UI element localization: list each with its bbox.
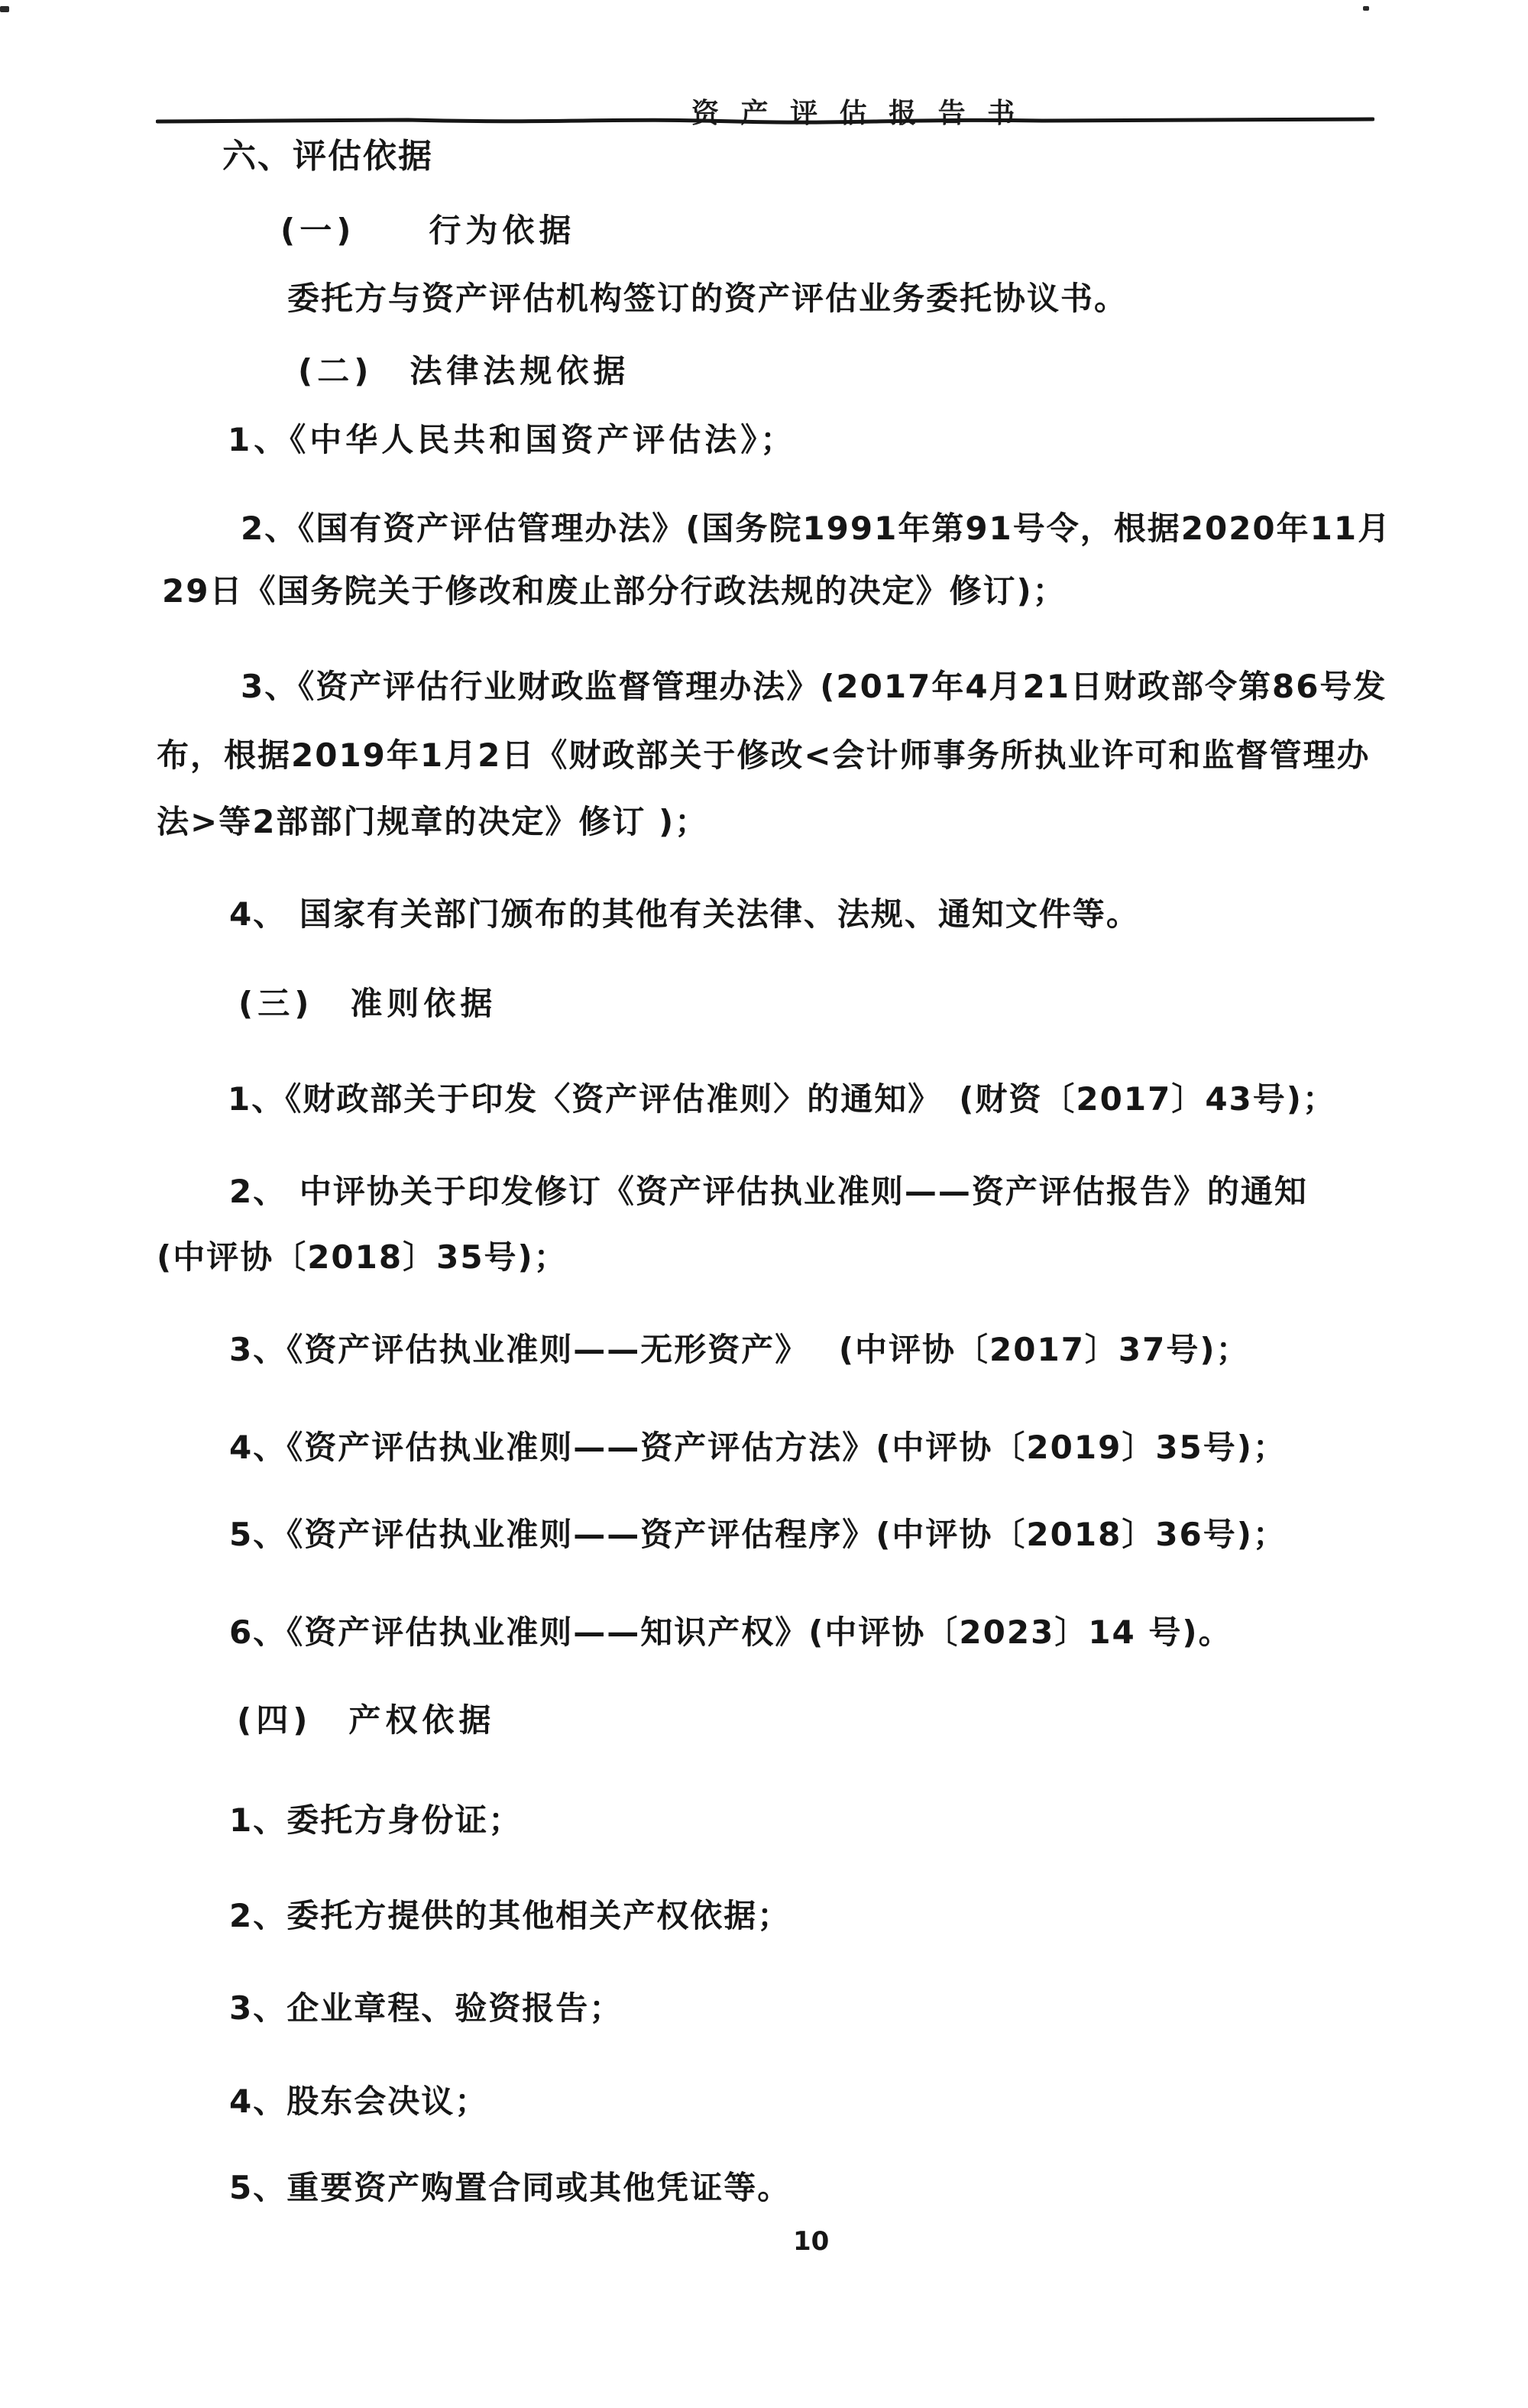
doc-line: 法>等2部部门规章的决定》修订 )； <box>157 804 708 840</box>
header-rule <box>156 115 1374 127</box>
doc-line: 5、《资产评估执业准则——资产评估程序》(中评协〔2018〕36号)； <box>229 1516 1287 1553</box>
subsection-heading: (一) 行为依据 <box>280 212 575 249</box>
doc-line: 3、《资产评估行业财政监督管理办法》(2017年4月21日财政部令第86号发 <box>241 668 1387 705</box>
section-heading: 六、评估依据 <box>222 128 433 177</box>
doc-line: 1、《财政部关于印发〈资产评估准则〉的通知》 (财资〔2017〕43号)； <box>228 1081 1336 1118</box>
subsection-heading: (四) 产权依据 <box>237 1702 495 1739</box>
doc-line: 4、《资产评估执业准则——资产评估方法》(中评协〔2019〕35号)； <box>229 1429 1287 1466</box>
page-number: 10 <box>793 2226 829 2257</box>
doc-line: 6、《资产评估执业准则——知识产权》(中评协〔2023〕14 号)。 <box>229 1614 1232 1651</box>
doc-line: 2、《国有资产评估管理办法》(国务院1991年第91号令，根据2020年11月 <box>241 510 1391 547</box>
doc-line: 委托方与资产评估机构签订的资产评估业务委托协议书。 <box>287 280 1128 317</box>
doc-line: 1、《中华人民共和国资产评估法》； <box>228 422 796 458</box>
doc-line: 2、 中评协关于印发修订《资产评估执业准则——资产评估报告》的通知 <box>229 1173 1308 1210</box>
doc-line: 3、《资产评估执业准则——无形资产》 (中评协〔2017〕37号)； <box>229 1332 1250 1368</box>
doc-line: 布，根据2019年1月2日《财政部关于修改<会计师事务所执业许可和监督管理办 <box>157 737 1371 774</box>
doc-line: 5、重要资产购置合同或其他凭证等。 <box>229 2170 791 2206</box>
subsection-heading: (三) 准则依据 <box>238 986 497 1022</box>
subsection-heading: (二) 法律法规依据 <box>298 353 630 390</box>
scan-artifact <box>0 6 9 12</box>
scan-artifact <box>1363 6 1369 11</box>
doc-line: 1、委托方身份证； <box>229 1802 522 1839</box>
doc-line: 4、 国家有关部门颁布的其他有关法律、法规、通知文件等。 <box>229 896 1140 933</box>
doc-line: 4、股东会决议； <box>229 2083 488 2120</box>
doc-line: (中评协〔2018〕35号)； <box>157 1239 568 1276</box>
doc-line: 3、企业章程、验资报告； <box>229 1990 623 2027</box>
doc-line: 2、委托方提供的其他相关产权依据； <box>229 1898 791 1934</box>
doc-line: 29日《国务院关于修改和废止部分行政法规的决定》修订)； <box>162 573 1067 610</box>
document-page: 资 产 评 估 报 告 书 六、评估依据 (一) 行为依据 委托方与资产评估机构… <box>0 0 1528 2408</box>
